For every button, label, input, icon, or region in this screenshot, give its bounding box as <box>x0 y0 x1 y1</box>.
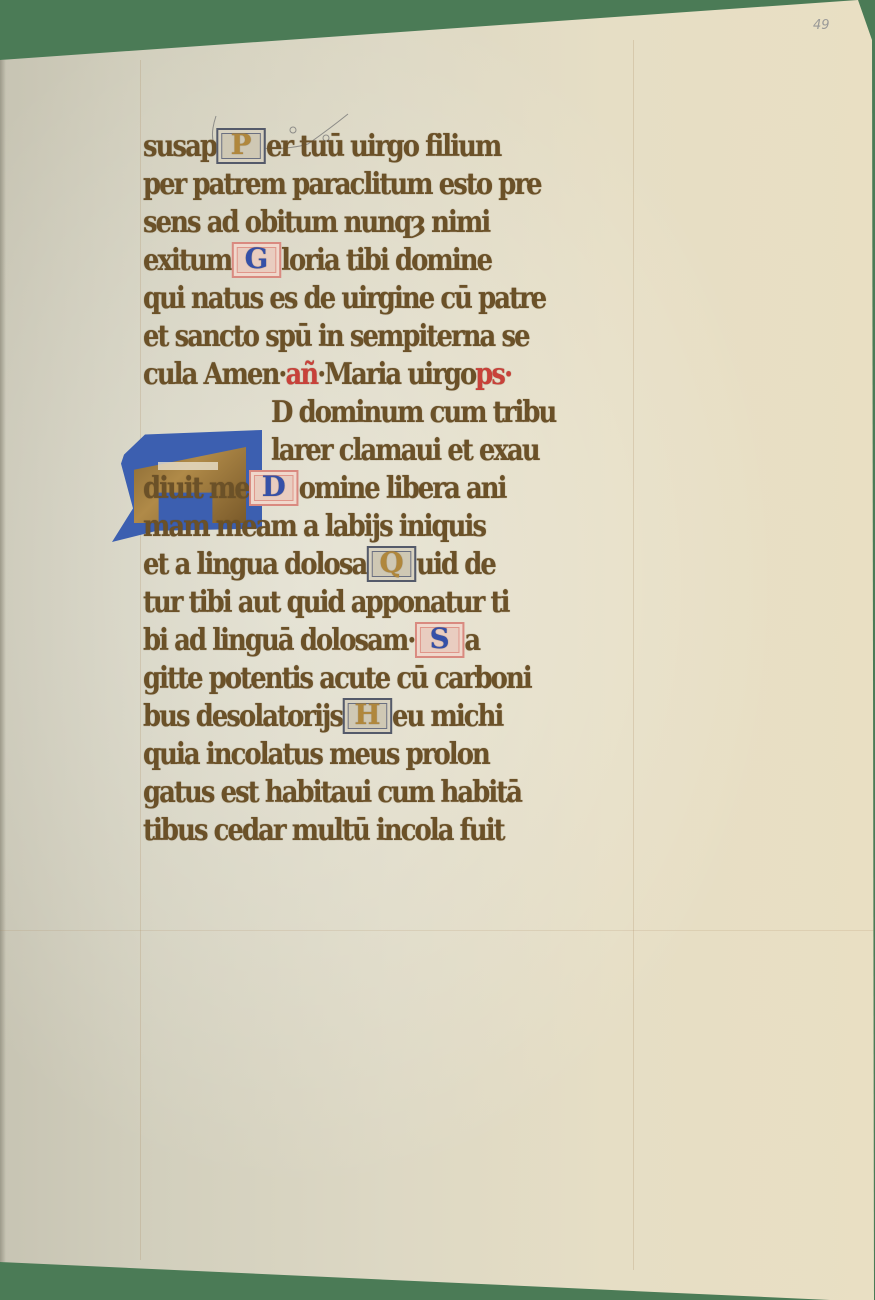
gilded-initial: H <box>342 698 391 734</box>
gilded-initial: Q <box>367 546 416 582</box>
text-line: susapPer tuū uirgo filium <box>143 128 500 166</box>
text-line: gitte potentis acute cū carboni <box>143 660 531 698</box>
text-line: bi ad linguā dolosam·Sa <box>143 622 479 660</box>
page-edge <box>0 60 6 1262</box>
text-line: qui natus es de uirgine cū patre <box>143 280 545 318</box>
text-line: et sancto spū in sempiterna se <box>143 318 529 356</box>
blue-initial: D <box>249 470 298 506</box>
text-line: diuit meDomine libera ani <box>143 470 506 508</box>
blue-initial: G <box>231 242 280 278</box>
rubric-antiphon: añ <box>286 357 318 392</box>
text-line: D dominum cum tribu <box>271 394 555 432</box>
text-line: per patrem paraclitum esto pre <box>143 166 541 204</box>
text-line: bus desolatorijsHeu michi <box>143 698 502 736</box>
text-line: gatus est habitaui cum habitā <box>143 774 521 812</box>
text-line: sens ad obitum nunqȝ nimi <box>143 204 489 242</box>
manuscript-page: 49 susapPer tuū uirgo filium per patrem … <box>0 0 875 1300</box>
ruling-line <box>633 40 634 1270</box>
text-line: exitumGloria tibi domine <box>143 242 491 280</box>
text-line: tibus cedar multū incola fuit <box>143 812 504 850</box>
text-line: tur tibi aut quid apponatur ti <box>143 584 508 622</box>
ruling-line <box>0 930 875 931</box>
text-line: quia incolatus meus prolon <box>143 736 489 774</box>
gilded-initial: P <box>216 128 265 164</box>
text-line: mam meam a labijs iniquis <box>143 508 485 546</box>
decorated-initial-highlight <box>158 462 218 470</box>
blue-initial: S <box>415 622 464 658</box>
text-line: et a lingua dolosaQuid de <box>143 546 495 584</box>
folio-number: 49 <box>813 18 830 33</box>
rubric-psalm: ps· <box>475 357 511 392</box>
text-line: cula Amen·añ·Maria uirgops· <box>143 356 511 394</box>
ruling-line <box>140 60 141 1260</box>
text-line: larer clamaui et exau <box>271 432 539 470</box>
